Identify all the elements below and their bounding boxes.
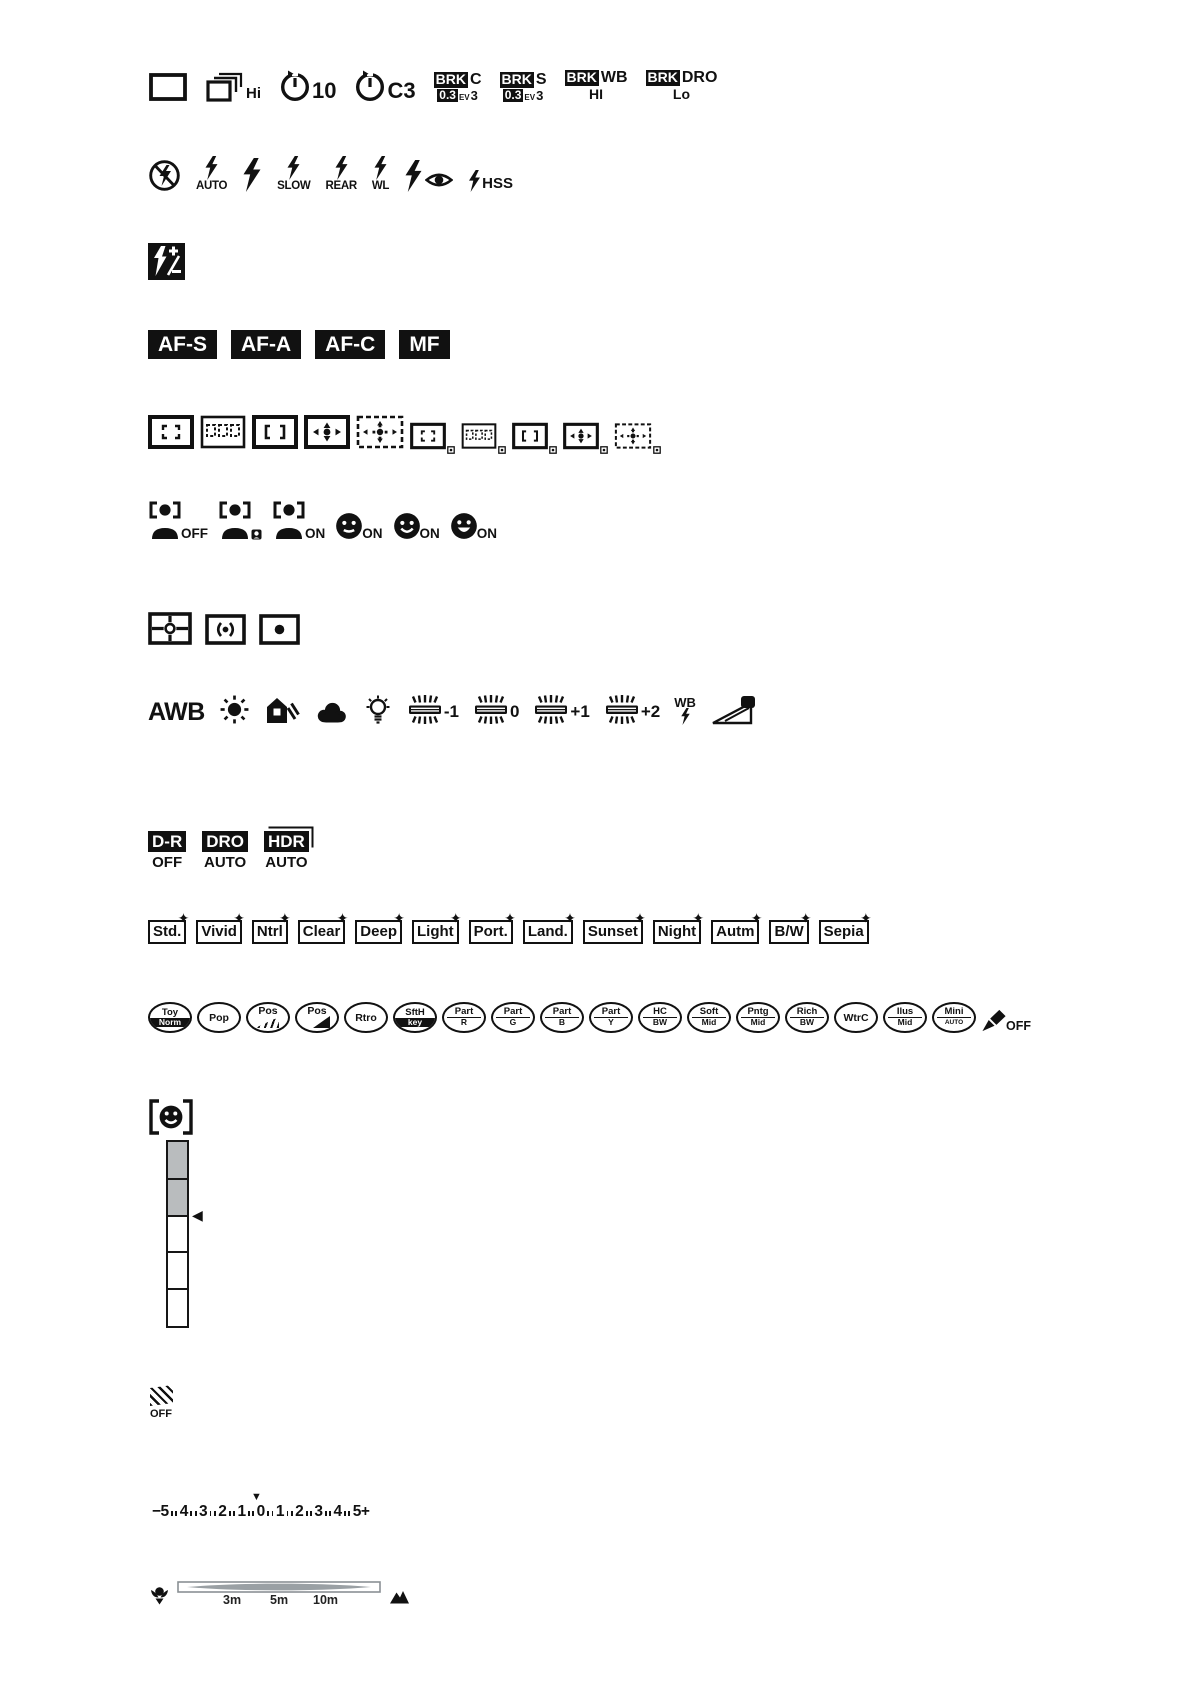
self-timer-10s-label: 10 — [312, 80, 336, 102]
dro-hdr-row: D-R OFF DRO AUTO HDR AUTO — [148, 826, 309, 871]
focus-mode-afc-badge: AF-C — [315, 330, 385, 359]
shading-off-icon: OFF — [150, 1385, 173, 1420]
red-eye-reduction-icon — [404, 160, 453, 192]
wireless-flash-icon: WL — [372, 156, 389, 192]
creative-style-neutral: Ntrl✦ — [252, 920, 288, 944]
metering-spot-icon — [259, 614, 300, 645]
continuous-hi-label: Hi — [246, 85, 261, 102]
adjustable-indicator-icon: ✦ — [751, 911, 763, 925]
focus-area-row — [148, 414, 661, 450]
brk-badge: BRK — [565, 70, 599, 85]
focus-area-wide-icon — [148, 414, 194, 450]
face-detection-off-icon: OFF — [148, 500, 208, 540]
lockon-af-zone-icon — [461, 422, 506, 450]
gauge-tick — [168, 1215, 187, 1217]
gauge-tick — [168, 1288, 187, 1290]
eye-glyph — [425, 170, 453, 190]
effect-miniature-icon: MiniAUTO — [932, 1002, 976, 1033]
lockon-sub-icon — [653, 446, 661, 454]
ev-ticks — [171, 1511, 177, 1516]
hatch-pattern-icon — [150, 1385, 173, 1406]
ev-scale-row: −5 4 3 2 1 0 1 2 3 4 5+ — [152, 1504, 369, 1520]
metering-center-icon — [205, 614, 246, 645]
wb-flash-icon: WB — [674, 697, 696, 725]
effect-illustration-icon: IlusMid — [883, 1002, 927, 1033]
ev-ticks — [306, 1511, 312, 1516]
effect-partial-color-y-icon: PartY — [589, 1002, 633, 1033]
creative-style-night: Night✦ — [653, 920, 701, 944]
effect-posterization-color-icon: Pos — [295, 1002, 339, 1033]
face-detection-registered-icon — [218, 500, 262, 540]
ev-ticks — [210, 1511, 216, 1516]
brk-badge: BRK — [434, 72, 468, 87]
flash-auto-icon: AUTO — [196, 156, 227, 192]
adjustable-indicator-icon: ✦ — [337, 911, 349, 925]
creative-style-landscape: Land.✦ — [523, 920, 573, 944]
effect-retro-photo-icon: Rtro — [344, 1002, 388, 1033]
slow-sync-icon: SLOW — [277, 156, 310, 192]
lockon-sub-icon — [498, 446, 506, 454]
focus-mode-mf-badge: MF — [399, 330, 449, 359]
lockon-af-wide-icon — [410, 422, 455, 450]
wb-incandescent-icon — [363, 695, 393, 725]
adjustable-indicator-icon: ✦ — [450, 911, 462, 925]
creative-style-autumn: Autm✦ — [711, 920, 759, 944]
creative-style-bw: B/W✦ — [769, 920, 808, 944]
effect-partial-color-b-icon: PartB — [540, 1002, 584, 1033]
wb-fluorescent-daylight-icon: +2 — [604, 694, 660, 725]
effect-hdr-painting-icon: PntgMid — [736, 1002, 780, 1033]
smile-detection-indicator-icon — [148, 1098, 194, 1141]
metering-multi-icon — [148, 612, 192, 645]
drive-mode-row: Hi 10 C3 BRKC 0.3EV3 BRKS — [148, 70, 717, 102]
effect-pop-color-icon: Pop — [197, 1002, 241, 1033]
dro-off-icon: D-R OFF — [148, 831, 186, 871]
creative-style-light: Light✦ — [412, 920, 459, 944]
adjustable-indicator-icon: ✦ — [504, 911, 516, 925]
ev-ticks — [229, 1511, 235, 1516]
effect-partial-color-g-icon: PartG — [491, 1002, 535, 1033]
flash-mode-row: AUTO SLOW REAR WL HSS — [148, 156, 513, 192]
dro-auto-icon: DRO AUTO — [202, 831, 248, 871]
wb-cloudy-icon — [314, 700, 349, 725]
distance-bar: 3m 5m 10m — [177, 1580, 381, 1612]
creative-style-standard: Std.✦ — [148, 920, 186, 944]
adjustable-indicator-icon: ✦ — [564, 911, 576, 925]
continuous-shooting-hi-icon: Hi — [206, 72, 261, 102]
adjustable-indicator-icon: ✦ — [692, 911, 704, 925]
single-shooting-icon — [148, 72, 188, 102]
self-timer-continuous-label: C3 — [387, 80, 415, 102]
camera-icon-reference-page: Hi 10 C3 BRKC 0.3EV3 BRKS — [0, 0, 1190, 1684]
awb-label: AWB — [148, 700, 205, 725]
ev-ticks — [344, 1511, 350, 1516]
landscape-mountain-icon — [389, 1588, 410, 1604]
focus-area-expand-flexible-spot-icon — [356, 414, 404, 450]
focus-mode-afa-badge: AF-A — [231, 330, 301, 359]
adjustable-indicator-icon: ✦ — [800, 911, 812, 925]
effect-soft-focus-icon: SoftMid — [687, 1002, 731, 1033]
bracket-single-icon: BRKS 0.3EV3 — [500, 72, 547, 102]
focus-mode-row: AF-S AF-A AF-C MF — [148, 330, 450, 359]
dro-bracket-icon: BRKDRO Lo — [646, 70, 718, 102]
focus-mode-afs-badge: AF-S — [148, 330, 217, 359]
ev-scale: ▼ −5 4 3 2 1 0 1 2 3 4 5+ — [152, 1504, 369, 1520]
registered-face-sub-icon — [251, 528, 262, 540]
focus-distance-indicator: 3m 5m 10m — [150, 1580, 410, 1612]
metering-mode-row — [148, 612, 300, 645]
fill-flash-icon — [242, 158, 262, 192]
bracket-continuous-icon: BRKC 0.3EV3 — [434, 72, 482, 102]
creative-style-clear: Clear✦ — [298, 920, 346, 944]
wb-fluorescent-warm-icon: -1 — [407, 694, 459, 725]
flash-compensation-row — [148, 243, 185, 280]
wb-daylight-icon — [219, 694, 250, 725]
ev-ticks — [190, 1511, 196, 1516]
flash-off-icon — [148, 159, 181, 192]
lockon-af-center-icon — [512, 422, 557, 450]
focus-area-center-icon — [252, 414, 298, 450]
effect-soft-high-key-icon: SftHkey — [393, 1002, 437, 1033]
hss-flash-icon: HSS — [468, 170, 513, 192]
picture-effect-off-icon: OFF — [981, 1008, 1031, 1033]
wb-custom-icon — [710, 694, 757, 725]
smile-shutter-big-icon: ON — [450, 512, 497, 540]
adjustable-indicator-icon: ✦ — [279, 911, 291, 925]
focus-area-flexible-spot-icon — [304, 414, 350, 450]
brk-badge: BRK — [646, 70, 680, 85]
effect-partial-color-r-icon: PartR — [442, 1002, 486, 1033]
effect-rich-tone-mono-icon: RichBW — [785, 1002, 829, 1033]
focus-area-zone-icon — [200, 414, 246, 450]
wb-fluorescent-daywhite-icon: +1 — [533, 694, 589, 725]
distance-label-10m: 10m — [313, 1593, 338, 1607]
wb-fluorescent-cool-icon: 0 — [473, 694, 519, 725]
lockon-sub-icon — [549, 446, 557, 454]
effect-toy-camera-icon: ToyNorm — [148, 1002, 192, 1033]
distance-label-5m: 5m — [270, 1593, 288, 1607]
smile-shutter-normal-icon: ON — [393, 512, 440, 540]
distance-label-3m: 3m — [223, 1593, 241, 1607]
ev-ticks — [287, 1511, 293, 1516]
smile-shutter-slight-icon: ON — [335, 512, 382, 540]
adjustable-indicator-icon: ✦ — [860, 911, 872, 925]
creative-style-portrait: Port.✦ — [469, 920, 513, 944]
hdr-auto-icon: HDR AUTO — [264, 826, 309, 871]
adjustable-indicator-icon: ✦ — [393, 911, 405, 925]
face-detection-row: OFF ON — [148, 500, 497, 540]
effect-high-contrast-mono-icon: HCBW — [638, 1002, 682, 1033]
face-detection-on-icon: ON — [272, 500, 325, 540]
brk-badge: BRK — [500, 72, 534, 87]
gauge-tick — [168, 1251, 187, 1253]
picture-effect-row: ToyNorm Pop Pos Pos Rtro SftHkey PartR P… — [148, 1002, 1031, 1033]
ev-marker-icon: ▼ — [251, 1491, 262, 1503]
adjustable-indicator-icon: ✦ — [634, 911, 646, 925]
creative-style-deep: Deep✦ — [355, 920, 402, 944]
rear-sync-icon: REAR — [325, 156, 356, 192]
creative-style-vivid: Vivid✦ — [196, 920, 242, 944]
macro-flower-icon — [150, 1586, 169, 1606]
self-timer-10s-icon: 10 — [279, 70, 336, 102]
wb-shade-icon — [264, 695, 300, 725]
effect-watercolor-icon: WtrC — [834, 1002, 878, 1033]
creative-style-row: Std.✦ Vivid✦ Ntrl✦ Clear✦ Deep✦ Light✦ P… — [148, 920, 869, 944]
gauge-tick — [168, 1178, 187, 1180]
lockon-sub-icon — [600, 446, 608, 454]
creative-style-sepia: Sepia✦ — [819, 920, 869, 944]
lockon-af-expand-flexible-spot-icon — [614, 422, 661, 450]
gauge-marker-icon: ◀ — [192, 1207, 203, 1224]
self-timer-continuous-icon: C3 — [354, 70, 415, 102]
smile-sensitivity-gauge: ◀ — [166, 1140, 189, 1328]
creative-style-sunset: Sunset✦ — [583, 920, 643, 944]
lockon-sub-icon — [447, 446, 455, 454]
ev-ticks — [267, 1511, 273, 1516]
adjustable-indicator-icon: ✦ — [233, 911, 245, 925]
brush-icon — [981, 1008, 1008, 1033]
ev-ticks — [248, 1511, 254, 1516]
lockon-af-flexible-spot-icon — [563, 422, 608, 450]
ev-ticks — [325, 1511, 331, 1516]
adjustable-indicator-icon: ✦ — [178, 911, 190, 925]
white-balance-row: AWB — [148, 694, 757, 725]
effect-posterization-bw-icon: Pos — [246, 1002, 290, 1033]
flash-compensation-icon — [148, 243, 185, 280]
wb-bracket-icon: BRKWB HI — [565, 70, 628, 102]
